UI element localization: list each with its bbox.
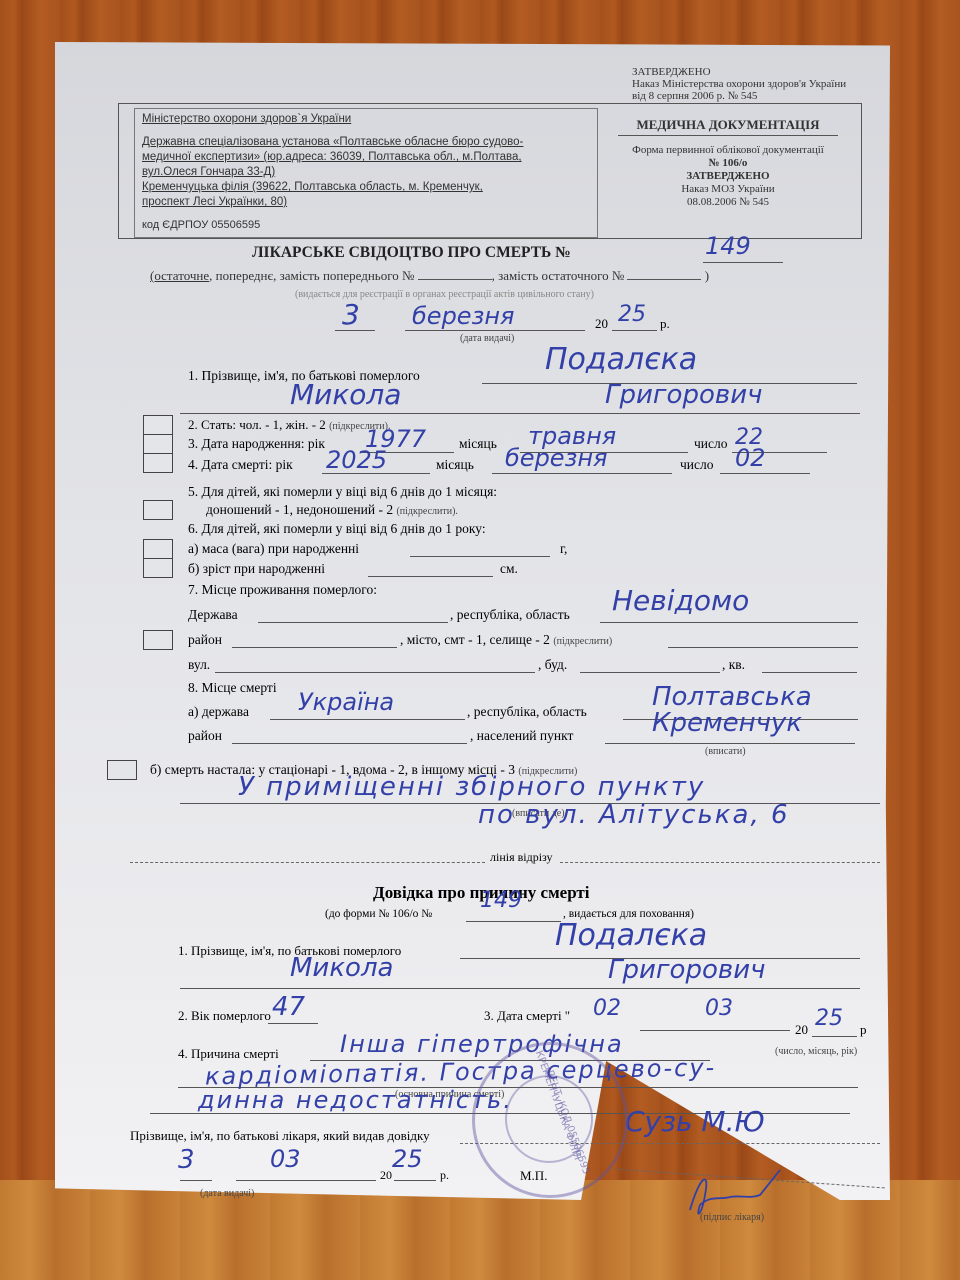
field-5-options: доношений - 1, недоношений - 2 (підкресл… [206, 502, 458, 518]
checkbox-birth-height[interactable] [143, 558, 173, 578]
burial-surname: Подалєка [555, 918, 707, 953]
checkbox-birth-date[interactable] [143, 434, 173, 454]
burial-issue-year: 25 [392, 1145, 423, 1173]
field-6b-label: б) зріст при народженні [188, 561, 325, 577]
medical-documentation-title: МЕДИЧНА ДОКУМЕНТАЦІЯ [618, 118, 838, 136]
field-2-label: 2. Стать: чол. - 1, жін. - 2 [188, 417, 326, 432]
checkbox-birth-weight[interactable] [143, 539, 173, 559]
certificate-number: 149 [705, 232, 751, 260]
checkbox-residence[interactable] [143, 630, 173, 650]
issued-note: (видається для реєстрації в органах реєс… [295, 289, 594, 300]
field-8-label: 8. Місце смерті [188, 680, 277, 696]
issue-year: 25 [618, 302, 646, 327]
death-month: березня [505, 444, 607, 472]
residence-region: Невідомо [612, 584, 749, 617]
checkbox-term-birth[interactable] [143, 500, 173, 520]
burial-death-year: 25 [815, 1006, 843, 1031]
field-5-label: 5. Для дітей, які померли у віці від 6 д… [188, 484, 497, 500]
institution-block: Міністерство охорони здоров`я України Де… [142, 112, 523, 210]
branch-line-2: проспект Лесі Українки, 80) [142, 195, 523, 210]
signature-caption: (підпис лікаря) [700, 1212, 764, 1223]
edrpou-code: код ЄДРПОУ 05506595 [142, 219, 260, 231]
burial-death-date-label: 3. Дата смерті " [484, 1008, 570, 1024]
approval-line-1: ЗАТВЕРДЖЕНО [632, 66, 846, 78]
approval-line-3: від 8 серпня 2006 р. № 545 [632, 90, 846, 102]
doctor-label: Прізвище, ім'я, по батькові лікаря, який… [130, 1128, 430, 1144]
burial-patronymic: Григорович [608, 955, 765, 985]
type-final: (остаточне [150, 268, 209, 283]
deceased-first-name: Микола [290, 378, 401, 411]
burial-note-form-number: 149 [480, 888, 522, 913]
cause-of-death-line-3: динна недостатність. [198, 1086, 513, 1114]
field-7-label: 7. Місце проживання померлого: [188, 582, 377, 598]
field-6a-label: а) маса (вага) при народженні [188, 541, 359, 557]
field-4-label: 4. Дата смерті: рік [188, 457, 293, 473]
burial-age: 47 [272, 992, 305, 1022]
org-line-3: вул.Олеся Гончара 33-Д) [142, 165, 523, 180]
certificate-type-line: (остаточне, попереднє, замість попереднь… [150, 268, 709, 284]
issue-month: березня [412, 302, 514, 330]
approval-line-2: Наказ Міністерства охорони здоров'я Укра… [632, 78, 846, 90]
org-line-1: Державна спеціалізована установа «Полтав… [142, 135, 523, 150]
residence-city-type: , місто, смт - 1, селище - 2 (підкреслит… [400, 632, 612, 648]
death-place-state: Україна [298, 688, 394, 716]
burial-cause-label: 4. Причина смерті [178, 1046, 279, 1062]
doctor-name: Сузь М.Ю [625, 1105, 765, 1138]
ministry-name: Міністерство охорони здоров`я України [142, 112, 523, 127]
type-preliminary: , попереднє, замість попереднього № [209, 268, 414, 283]
death-place-locality: Кременчук [652, 708, 802, 738]
form-approved: ЗАТВЕРДЖЕНО [618, 170, 838, 183]
checkbox-death-place-type[interactable] [107, 760, 137, 780]
death-place-detail-1: У приміщенні збірного пункту [238, 772, 705, 802]
checkbox-sex[interactable] [143, 415, 173, 435]
checkbox-death-date[interactable] [143, 453, 173, 473]
death-day: 02 [735, 444, 766, 472]
issue-day: 3 [342, 298, 360, 331]
burial-death-day: 02 [593, 996, 621, 1021]
burial-first-name: Микола [290, 953, 394, 983]
type-instead-final: , замість остаточного № [492, 268, 625, 283]
form-order-date: 08.08.2006 № 545 [618, 196, 838, 209]
field-2: 2. Стать: чол. - 1, жін. - 2 (підкреслит… [188, 417, 391, 433]
issue-date-caption: (дата видачі) [460, 333, 514, 344]
burial-age-label: 2. Вік померлого [178, 1008, 271, 1024]
certificate-title: ЛІКАРСЬКЕ СВІДОЦТВО ПРО СМЕРТЬ № [252, 244, 571, 262]
form-number: № 106/о [618, 157, 838, 170]
approval-block: ЗАТВЕРДЖЕНО Наказ Міністерства охорони з… [632, 66, 846, 102]
deceased-surname: Подалєка [545, 342, 697, 377]
deceased-patronymic: Григорович [605, 380, 762, 410]
burial-issue-day: 3 [178, 1145, 195, 1175]
branch-line-1: Кременчуцька філія (39622, Полтавська об… [142, 180, 523, 195]
org-line-2: медичної експертизи» (юр.адреса: 36039, … [142, 150, 523, 165]
field-3-label: 3. Дата народження: рік [188, 436, 325, 452]
form-subtitle: Форма первинної облікової документації [618, 144, 838, 157]
death-place-detail-2: по вул. Алітуська, 6 [478, 800, 790, 830]
burial-issue-month: 03 [270, 1145, 301, 1173]
form-box: МЕДИЧНА ДОКУМЕНТАЦІЯ Форма первинної обл… [618, 118, 838, 209]
burial-death-month: 03 [705, 996, 733, 1021]
field-6-label: 6. Для дітей, які померли у віці від 6 д… [188, 521, 486, 537]
death-year: 2025 [326, 446, 387, 474]
form-order: Наказ МОЗ України [618, 183, 838, 196]
cut-line-label: лінія відрізу [490, 850, 553, 865]
